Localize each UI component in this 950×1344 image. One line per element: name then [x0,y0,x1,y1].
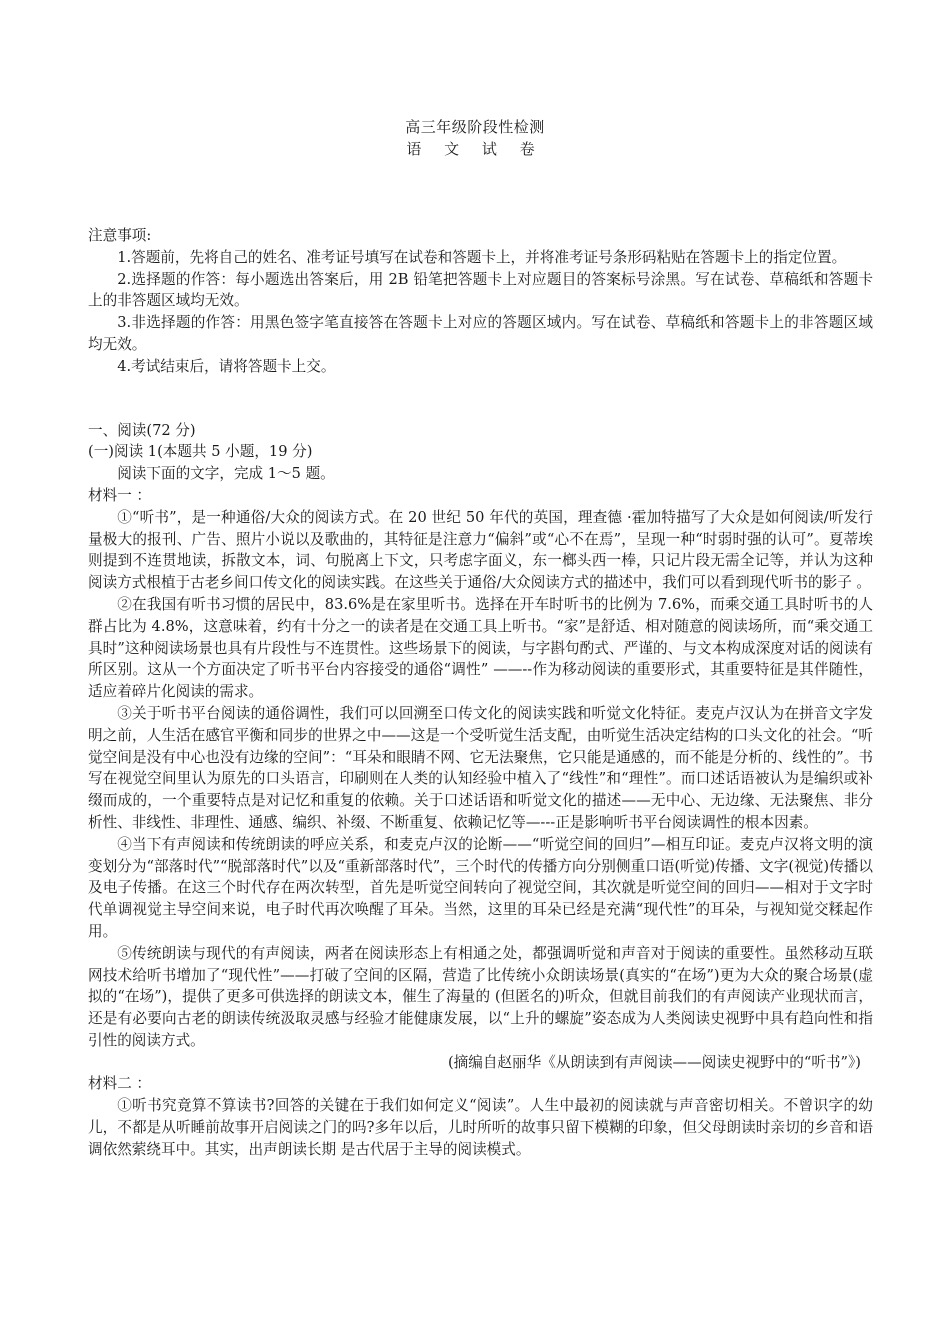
note-item: 3.非选择题的作答：用黑色签字笔直接答在答题卡上对应的答题区域内。写在试卷、草稿… [88,312,873,356]
exam-title: 高三年级阶段性检测 [0,116,950,138]
spacer [88,378,873,420]
note-item: 1.答题前，先将自己的姓名、准考证号填写在试卷和答题卡上，并将准考证号条形码粘贴… [88,247,873,269]
material1-label: 材料一 ： [88,485,873,507]
material2-label: 材料二 ： [88,1073,873,1095]
material1-attribution: (摘编自赵丽华《从朗读到有声阅读——阅读史视野中的“听书”》) [88,1052,873,1074]
material1-paragraph: ⑤传统朗读与现代的有声阅读，两者在阅读形态上有相通之处，都强调听觉和声音对于阅读… [88,943,873,1052]
material2-paragraph: ①听书究竟算不算读书?回答的关键在于我们如何定义“阅读”。人生中最初的阅读就与声… [88,1095,873,1160]
material1-paragraph: ②在我国有听书习惯的居民中，83.6%是在家里听书。选择在开车时听书的比例为 7… [88,594,873,703]
note-item: 2.选择题的作答：每小题选出答案后，用 2B 铅笔把答题卡上对应题目的答案标号涂… [88,269,873,313]
exam-header: 高三年级阶段性检测 语 文 试 卷 [0,116,950,160]
instructions-notes: 注意事项: 1.答题前，先将自己的姓名、准考证号填写在试卷和答题卡上，并将准考证… [88,225,873,378]
material1-paragraph: ④当下有声阅读和传统朗读的呼应关系，和麦克卢汉的论断——“听觉空间的回归”—相互… [88,834,873,943]
material1-paragraph: ①“听书”，是一种通俗/大众的阅读方式。在 20 世纪 50 年代的英国，理查德… [88,507,873,594]
exam-content: 注意事项: 1.答题前，先将自己的姓名、准考证号填写在试卷和答题卡上，并将准考证… [88,225,873,1161]
section-subheading: (一)阅读 1(本题共 5 小题，19 分) [88,441,873,463]
section-heading: 一、阅读(72 分) [88,420,873,442]
notes-heading: 注意事项: [88,225,873,247]
section-instruction: 阅读下面的文字，完成 1～5 题。 [88,463,873,485]
exam-page: 高三年级阶段性检测 语 文 试 卷 注意事项: 1.答题前，先将自己的姓名、准考… [0,0,950,1344]
material1-paragraph: ③关于听书平台阅读的通俗调性，我们可以回溯至口传文化的阅读实践和听觉文化特征。麦… [88,703,873,834]
exam-subject: 语 文 试 卷 [0,138,950,160]
reading-section: 一、阅读(72 分) (一)阅读 1(本题共 5 小题，19 分) 阅读下面的文… [88,420,873,1161]
note-item: 4.考试结束后，请将答题卡上交。 [88,356,873,378]
